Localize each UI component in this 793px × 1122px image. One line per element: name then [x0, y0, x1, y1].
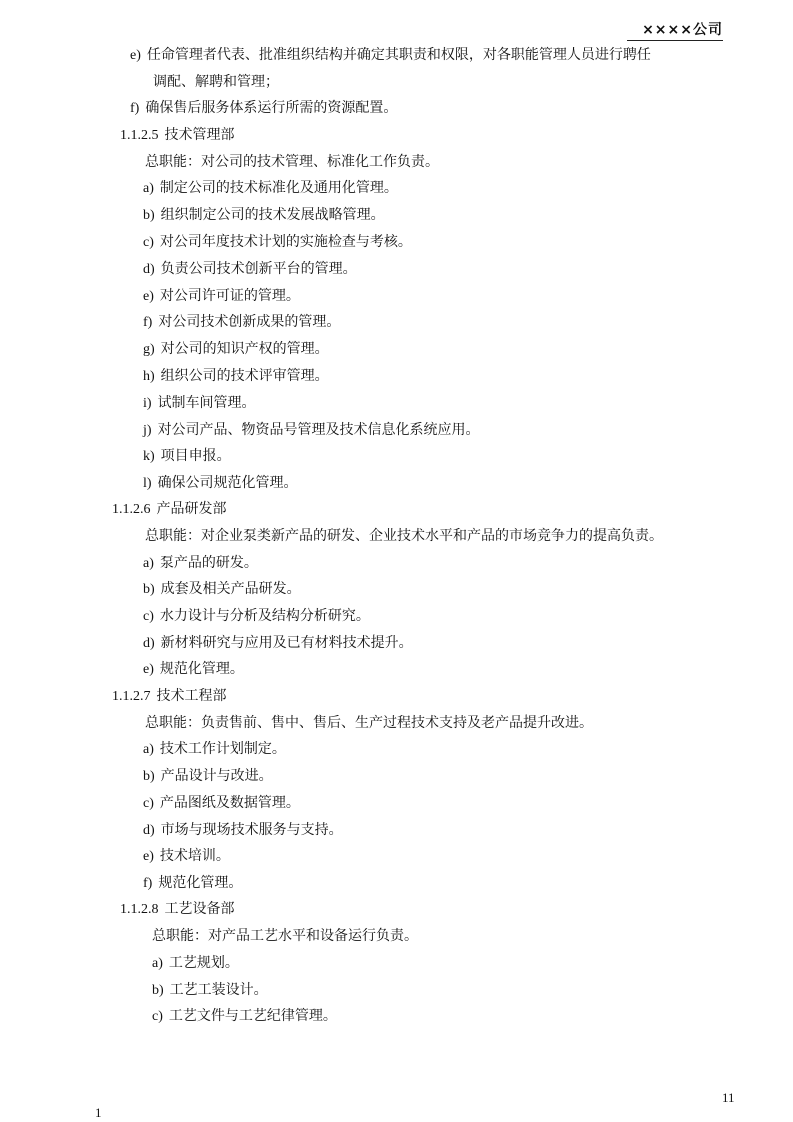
list-label: d) — [143, 636, 155, 651]
line-text: 对公司的知识产权的管理。 — [161, 341, 329, 357]
list-item: d)市场与现场技术服务与支持。 — [143, 821, 343, 840]
line-text: 对公司年度技术计划的实施检查与考核。 — [160, 234, 412, 250]
line-text: 对公司产品、物资品号管理及技术信息化系统应用。 — [158, 422, 480, 438]
line-text: 组织公司的技术评审管理。 — [161, 368, 329, 384]
list-label: a) — [152, 956, 163, 971]
list-item: e)对公司许可证的管理。 — [143, 287, 300, 306]
list-item: l)确保公司规范化管理。 — [143, 474, 298, 493]
line-text: 工艺文件与工艺纪律管理。 — [169, 1008, 337, 1024]
line-text: 任命管理者代表、批准组织结构并确定其职责和权限，对各职能管理人员进行聘任 — [147, 47, 651, 63]
line-text: 技术培训。 — [160, 848, 230, 864]
list-item: d)新材料研究与应用及已有材料技术提升。 — [143, 634, 413, 653]
line-text: 工艺设备部 — [165, 901, 235, 917]
line-text: 水力设计与分析及结构分析研究。 — [160, 608, 370, 624]
list-label: l) — [143, 476, 152, 491]
line-text: 规范化管理。 — [158, 875, 242, 891]
list-item: a)制定公司的技术标准化及通用化管理。 — [143, 179, 398, 198]
list-label: f) — [130, 101, 139, 116]
list-item: f)确保售后服务体系运行所需的资源配置。 — [130, 99, 397, 118]
list-item: c)产品图纸及数据管理。 — [143, 794, 300, 813]
line-text: 制定公司的技术标准化及通用化管理。 — [160, 180, 398, 196]
section-number: 1.1.2.5 — [120, 128, 159, 143]
list-item: b)产品设计与改进。 — [143, 767, 273, 786]
line-text: 产品图纸及数据管理。 — [160, 795, 300, 811]
line-text: 技术工程部 — [157, 688, 227, 704]
list-label: h) — [143, 369, 155, 384]
list-item: b)工艺工装设计。 — [152, 981, 268, 1000]
list-label: c) — [143, 609, 154, 624]
list-label: b) — [143, 582, 155, 597]
paragraph: 总职能：对产品工艺水平和设备运行负责。 — [152, 927, 418, 945]
line-text: 规范化管理。 — [160, 661, 244, 677]
list-item: c)水力设计与分析及结构分析研究。 — [143, 607, 370, 626]
list-label: a) — [143, 556, 154, 571]
paragraph: 总职能：对公司的技术管理、标准化工作负责。 — [145, 153, 439, 171]
line-text: 对公司技术创新成果的管理。 — [158, 314, 340, 330]
line-text: 对公司许可证的管理。 — [160, 288, 300, 304]
line-text: 技术工作计划制定。 — [160, 741, 286, 757]
section-number: 1 — [95, 1105, 102, 1121]
list-item: a)工艺规划。 — [152, 954, 239, 973]
list-label: i) — [143, 396, 152, 411]
page-number: 11 — [722, 1090, 735, 1106]
line-text: 新材料研究与应用及已有材料技术提升。 — [161, 635, 413, 651]
list-label: f) — [143, 876, 152, 891]
list-item: c)工艺文件与工艺纪律管理。 — [152, 1007, 337, 1026]
list-label: b) — [152, 983, 164, 998]
list-item: h)组织公司的技术评审管理。 — [143, 367, 329, 386]
list-item: b)成套及相关产品研发。 — [143, 580, 301, 599]
list-label: e) — [130, 48, 141, 63]
line-text: 产品研发部 — [157, 501, 227, 517]
paragraph: 调配、解聘和管理； — [153, 73, 279, 91]
line-text: 总职能：对产品工艺水平和设备运行负责。 — [152, 928, 418, 944]
section-heading: 1.1.2.7技术工程部 — [112, 687, 227, 706]
list-item: j)对公司产品、物资品号管理及技术信息化系统应用。 — [143, 421, 480, 440]
line-text: 组织制定公司的技术发展战略管理。 — [161, 207, 385, 223]
section-heading: 1.1.2.5技术管理部 — [120, 126, 235, 145]
list-label: a) — [143, 181, 154, 196]
list-label: b) — [143, 769, 155, 784]
list-label: c) — [143, 796, 154, 811]
list-item: i)试制车间管理。 — [143, 394, 256, 413]
list-item: b)组织制定公司的技术发展战略管理。 — [143, 206, 385, 225]
line-text: 成套及相关产品研发。 — [161, 581, 301, 597]
line-text: 工艺工装设计。 — [170, 982, 268, 998]
list-label: k) — [143, 449, 155, 464]
list-label: d) — [143, 262, 155, 277]
section-number: 1.1.2.8 — [120, 902, 159, 917]
section-number: 1.1.2.7 — [112, 689, 151, 704]
line-text: 总职能：对公司的技术管理、标准化工作负责。 — [145, 154, 439, 170]
line-text: 项目申报。 — [161, 448, 231, 464]
line-text: 泵产品的研发。 — [160, 555, 258, 571]
list-label: e) — [143, 662, 154, 677]
list-label: c) — [152, 1009, 163, 1024]
line-text: 调配、解聘和管理； — [153, 74, 279, 90]
list-item: e)任命管理者代表、批准组织结构并确定其职责和权限，对各职能管理人员进行聘任 — [130, 46, 651, 65]
line-text: 确保售后服务体系运行所需的资源配置。 — [145, 100, 397, 116]
line-text: 试制车间管理。 — [158, 395, 256, 411]
paragraph: 总职能：负责售前、售中、售后、生产过程技术支持及老产品提升改进。 — [145, 714, 593, 732]
line-text: 负责公司技术创新平台的管理。 — [161, 261, 357, 277]
line-text: 市场与现场技术服务与支持。 — [161, 822, 343, 838]
list-item: d)负责公司技术创新平台的管理。 — [143, 260, 357, 279]
line-text: 技术管理部 — [165, 127, 235, 143]
line-text: 总职能：负责售前、售中、售后、生产过程技术支持及老产品提升改进。 — [145, 715, 593, 731]
list-label: a) — [143, 742, 154, 757]
list-item: k)项目申报。 — [143, 447, 231, 466]
section-heading: 1.1.2.8工艺设备部 — [120, 900, 235, 919]
list-item: a)技术工作计划制定。 — [143, 740, 286, 759]
company-header: ××××公司 — [627, 19, 723, 41]
line-text: 总职能：对企业泵类新产品的研发、企业技术水平和产品的市场竞争力的提高负责。 — [145, 528, 663, 544]
section-number: 1.1.2.6 — [112, 502, 151, 517]
paragraph: 总职能：对企业泵类新产品的研发、企业技术水平和产品的市场竞争力的提高负责。 — [145, 527, 663, 545]
list-label: b) — [143, 208, 155, 223]
list-item: g)对公司的知识产权的管理。 — [143, 340, 329, 359]
list-item: a)泵产品的研发。 — [143, 554, 258, 573]
list-item: c)对公司年度技术计划的实施检查与考核。 — [143, 233, 412, 252]
list-label: f) — [143, 315, 152, 330]
section-heading: 1.1.2.6产品研发部 — [112, 500, 227, 519]
line-text: 确保公司规范化管理。 — [158, 475, 298, 491]
list-label: e) — [143, 289, 154, 304]
list-label: d) — [143, 823, 155, 838]
list-label: g) — [143, 342, 155, 357]
list-label: c) — [143, 235, 154, 250]
list-item: f)对公司技术创新成果的管理。 — [143, 313, 340, 332]
line-text: 工艺规划。 — [169, 955, 239, 971]
list-item: e)规范化管理。 — [143, 660, 244, 679]
line-text: 产品设计与改进。 — [161, 768, 273, 784]
list-item: f)规范化管理。 — [143, 874, 242, 893]
list-item: e)技术培训。 — [143, 847, 230, 866]
list-label: e) — [143, 849, 154, 864]
list-label: j) — [143, 423, 152, 438]
